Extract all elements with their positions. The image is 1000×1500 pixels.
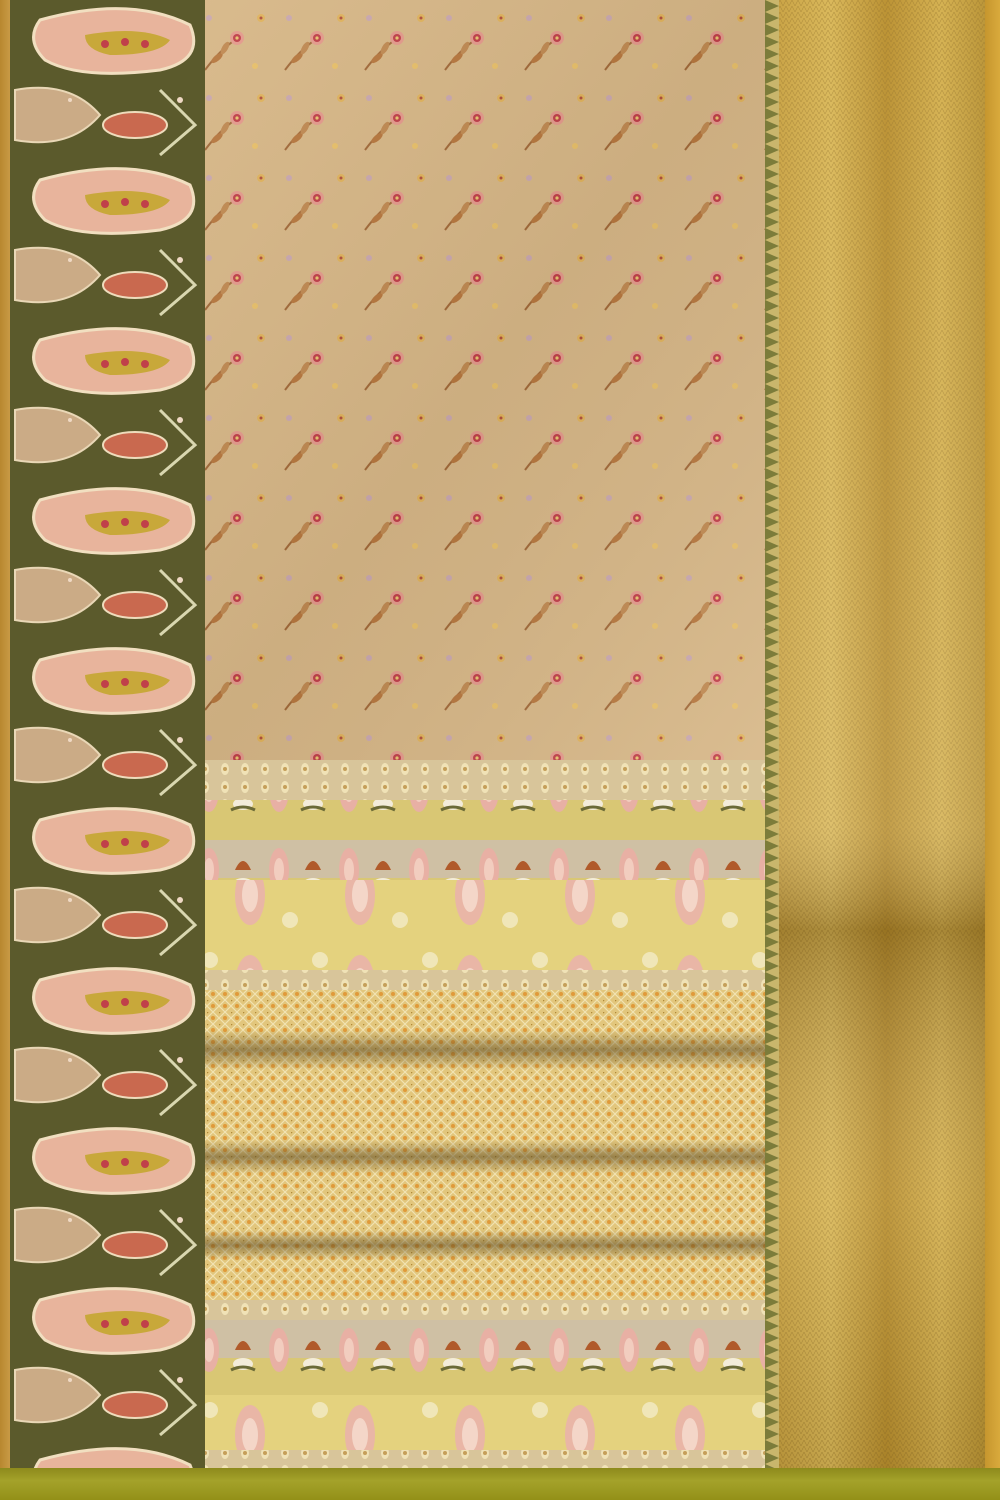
zari-texture xyxy=(765,0,985,1500)
left-edge xyxy=(0,0,10,1500)
floral-pattern xyxy=(195,0,765,760)
pallu-pattern xyxy=(195,760,765,1470)
paisley-border xyxy=(10,0,205,1470)
temple-border-edge xyxy=(765,0,779,1470)
right-edge xyxy=(985,0,1000,1500)
saree-pallu xyxy=(195,760,765,1470)
saree-photo xyxy=(0,0,1000,1500)
saree-body xyxy=(195,0,765,760)
paisley-pattern xyxy=(10,0,205,1470)
zari-border xyxy=(765,0,985,1500)
olive-selvedge xyxy=(0,1468,1000,1500)
